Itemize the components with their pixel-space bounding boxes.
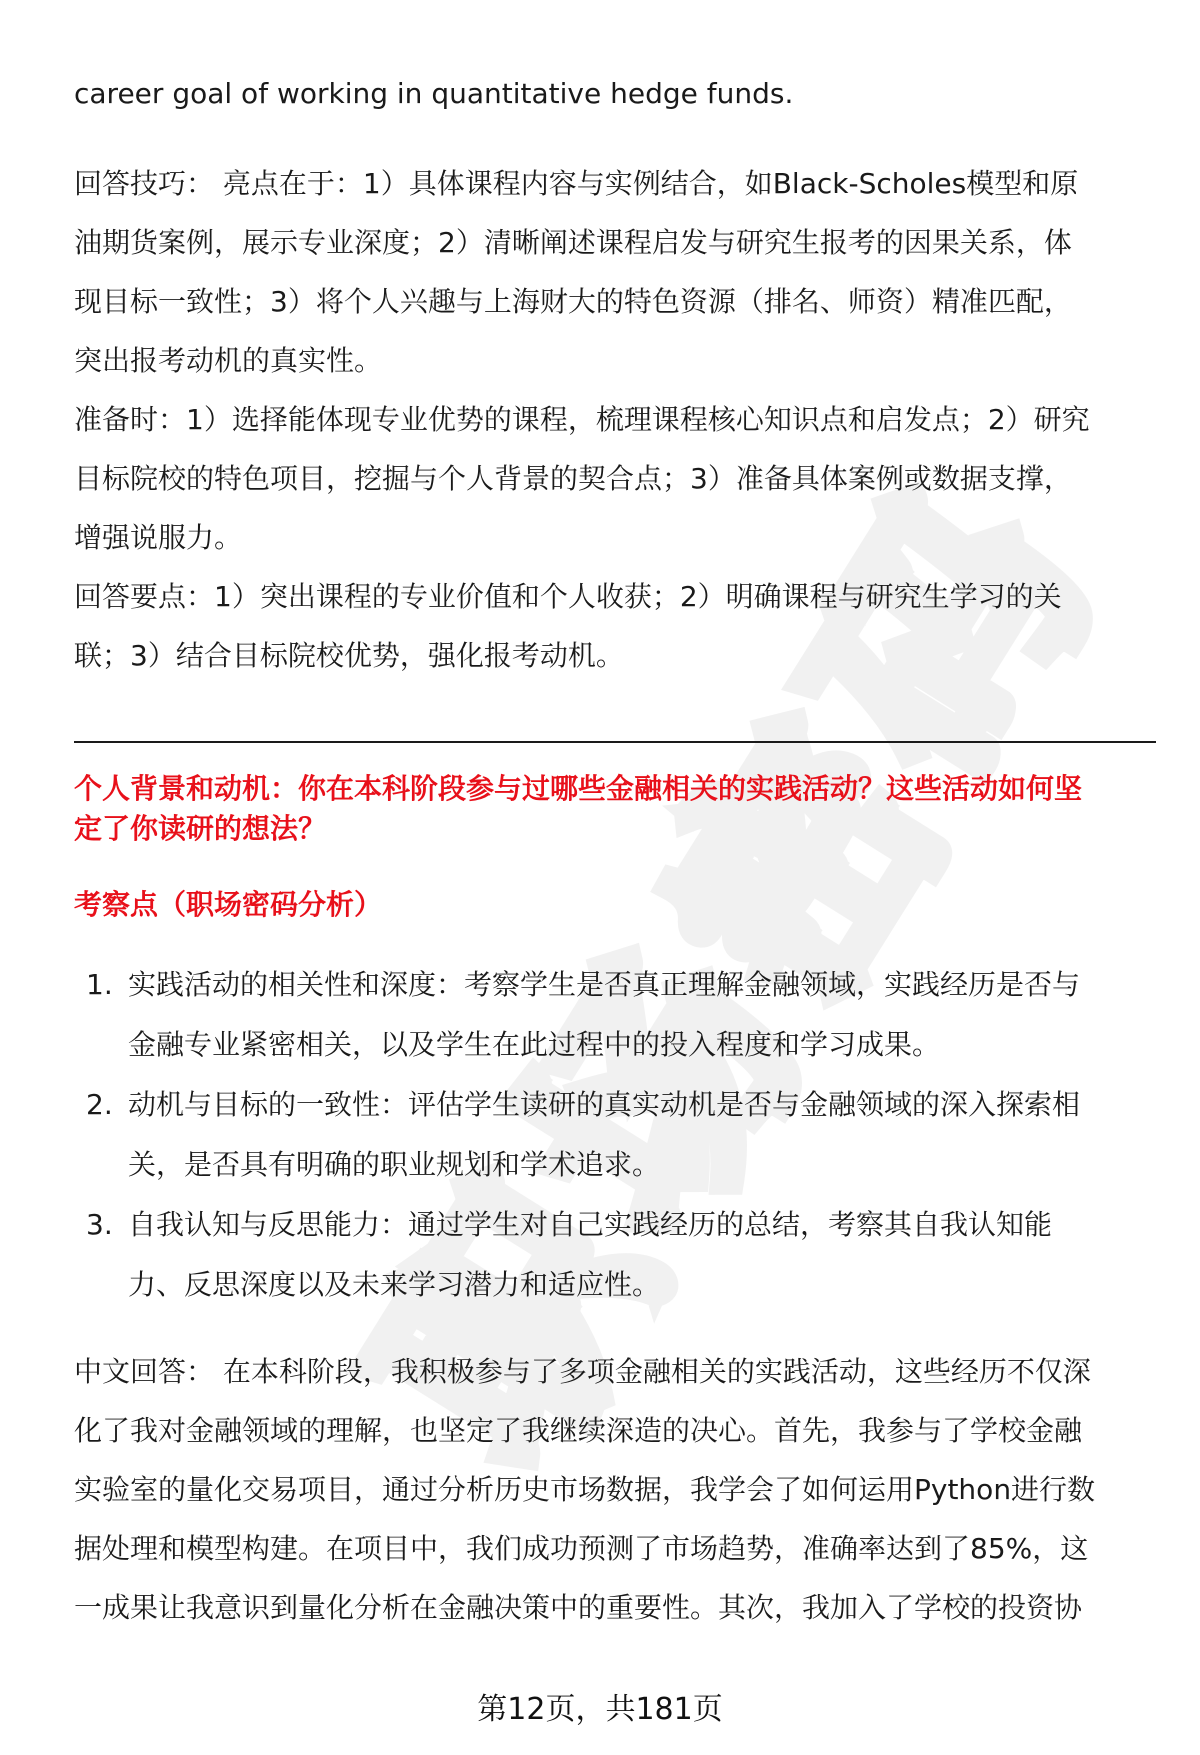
chinese-answer-block: 中文回答： 在本科阶段，我积极参与了多项金融相关的实践活动，这些经历不仅深 化了… (74, 1342, 1156, 1637)
key-points-line: 回答要点：1）突出课程的专业价值和个人收获；2）明确课程与研究生学习的关 (74, 567, 1090, 626)
answer-line: 实验室的量化交易项目，通过分析历史市场数据，我学会了如何运用Python进行数 (74, 1460, 1156, 1519)
point-line: 动机与目标的一致性：评估学生读研的真实动机是否与金融领域的深入探索相 (128, 1075, 1156, 1135)
point-line: 实践活动的相关性和深度：考察学生是否真正理解金融领域，实践经历是否与 (128, 955, 1156, 1015)
analysis-points-list: 1. 实践活动的相关性和深度：考察学生是否真正理解金融领域，实践经历是否与 金融… (74, 955, 1156, 1315)
list-number: 1. (86, 955, 113, 1015)
answer-line: 据处理和模型构建。在项目中，我们成功预测了市场趋势，准确率达到了85%，这 (74, 1519, 1156, 1578)
preparation-line: 增强说服力。 (74, 508, 1090, 567)
list-number: 2. (86, 1075, 113, 1135)
question-heading: 个人背景和动机：你在本科阶段参与过哪些金融相关的实践活动？这些活动如何坚 定了你… (74, 769, 1156, 849)
point-line: 力、反思深度以及未来学习潜力和适应性。 (128, 1255, 1156, 1315)
answer-line: 一成果让我意识到量化分析在金融决策中的重要性。其次，我加入了学校的投资协 (74, 1578, 1156, 1637)
list-number: 3. (86, 1195, 113, 1255)
answer-line: 化了我对金融领域的理解，也坚定了我继续深造的决心。首先，我参与了学校金融 (74, 1401, 1156, 1460)
analysis-point: 2. 动机与目标的一致性：评估学生读研的真实动机是否与金融领域的深入探索相 关，… (74, 1075, 1156, 1195)
answer-tips-block: 回答技巧： 亮点在于：1）具体课程内容与实例结合，如Black-Scholes模… (74, 154, 1090, 685)
analysis-heading: 考察点（职场密码分析） (74, 885, 382, 925)
point-line: 金融专业紧密相关，以及学生在此过程中的投入程度和学习成果。 (128, 1015, 1156, 1075)
question-line: 个人背景和动机：你在本科阶段参与过哪些金融相关的实践活动？这些活动如何坚 (74, 769, 1156, 809)
analysis-point: 3. 自我认知与反思能力：通过学生对自己实践经历的总结，考察其自我认知能 力、反… (74, 1195, 1156, 1315)
tips-line: 回答技巧： 亮点在于：1）具体课程内容与实例结合，如Black-Scholes模… (74, 154, 1090, 213)
question-line: 定了你读研的想法？ (74, 809, 1156, 849)
tips-line: 油期货案例，展示专业深度；2）清晰阐述课程启发与研究生报考的因果关系，体 (74, 213, 1090, 272)
key-points-line: 联；3）结合目标院校优势，强化报考动机。 (74, 626, 1090, 685)
tips-line: 现目标一致性；3）将个人兴趣与上海财大的特色资源（排名、师资）精准匹配， (74, 272, 1090, 331)
preparation-line: 准备时：1）选择能体现专业优势的课程，梳理课程核心知识点和启发点；2）研究 (74, 390, 1090, 449)
point-line: 关，是否具有明确的职业规划和学术追求。 (128, 1135, 1156, 1195)
answer-line: 中文回答： 在本科阶段，我积极参与了多项金融相关的实践活动，这些经历不仅深 (74, 1342, 1156, 1401)
tips-line: 突出报考动机的真实性。 (74, 331, 1090, 390)
analysis-point: 1. 实践活动的相关性和深度：考察学生是否真正理解金融领域，实践经历是否与 金融… (74, 955, 1156, 1075)
continuation-paragraph: career goal of working in quantitative h… (74, 64, 793, 123)
preparation-line: 目标院校的特色项目，挖掘与个人背景的契合点；3）准备具体案例或数据支撑， (74, 449, 1090, 508)
section-divider (74, 741, 1156, 743)
point-line: 自我认知与反思能力：通过学生对自己实践经历的总结，考察其自我认知能 (128, 1195, 1156, 1255)
page-indicator: 第12页，共181页 (0, 1690, 1200, 1730)
